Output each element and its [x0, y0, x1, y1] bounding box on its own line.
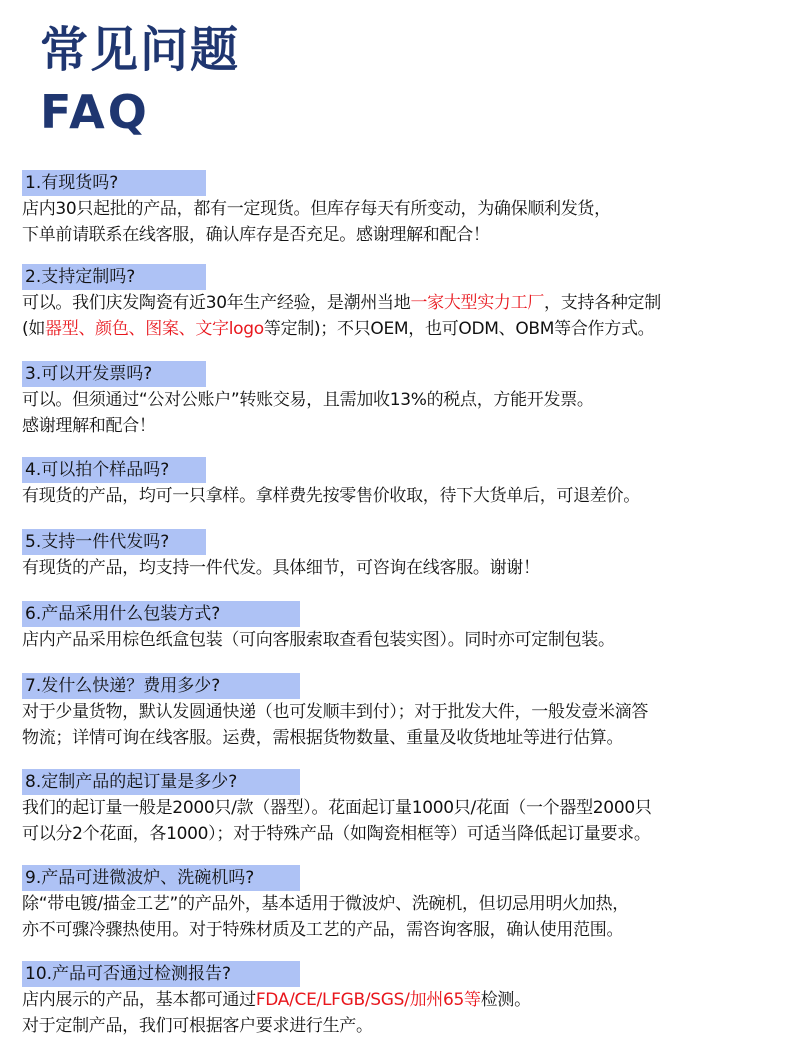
faq-answer-line: 可以分2个花面，各1000）；对于特殊产品（如陶瓷相框等）可适当降低起订量要求。	[22, 821, 792, 847]
answer-emphasis: 器型、颜色、图案、文字logo	[45, 319, 264, 339]
faq-answer-line: 有现货的产品，均支持一件代发。具体细节，可咨询在线客服。谢谢！	[22, 555, 792, 581]
faq-item-5: 5.支持一件代发吗? 有现货的产品，均支持一件代发。具体细节，可咨询在线客服。谢…	[22, 529, 792, 581]
faq-item-9: 9.产品可进微波炉、洗碗机吗? 除“带电镀/描金工艺”的产品外，基本适用于微波炉…	[22, 865, 792, 943]
faq-answer-line: 店内产品采用棕色纸盒包装（可向客服索取查看包装实图）。同时亦可定制包装。	[22, 627, 792, 653]
faq-question: 4.可以拍个样品吗?	[22, 457, 206, 483]
faq-answer-line: 对于定制产品，我们可根据客户要求进行生产。	[22, 1013, 792, 1039]
faq-question: 5.支持一件代发吗?	[22, 529, 206, 555]
faq-question: 7.发什么快递？费用多少?	[22, 673, 300, 699]
faq-answer-line: 物流；详情可询在线客服。运费，需根据货物数量、重量及收货地址等进行估算。	[22, 725, 792, 751]
faq-question: 10.产品可否通过检测报告?	[22, 961, 300, 987]
faq-item-1: 1.有现货吗? 店内30只起批的产品，都有一定现货。但库存每天有所变动，为确保顺…	[22, 170, 792, 248]
faq-item-3: 3.可以开发票吗? 可以。但须通过“公对公账户”转账交易，且需加收13%的税点，…	[22, 361, 792, 439]
answer-text: ，支持各种定制	[544, 293, 661, 313]
page-header: 常见问题 FAQ	[40, 22, 240, 140]
page-title-english: FAQ	[40, 84, 240, 140]
faq-question: 8.定制产品的起订量是多少?	[22, 769, 300, 795]
faq-question: 6.产品采用什么包装方式?	[22, 601, 300, 627]
answer-emphasis: 一家大型实力工厂	[410, 293, 544, 313]
faq-answer-line: 可以。我们庆发陶瓷有近30年生产经验，是潮州当地一家大型实力工厂，支持各种定制	[22, 290, 792, 316]
faq-answer-line: 对于少量货物，默认发圆通快递（也可发顺丰到付）；对于批发大件，一般发壹米滴答	[22, 699, 792, 725]
answer-emphasis: FDA/CE/LFGB/SGS/加州65等	[256, 990, 481, 1010]
faq-answer-line: 感谢理解和配合！	[22, 413, 792, 439]
faq-answer-line: 有现货的产品，均可一只拿样。拿样费先按零售价收取，待下大货单后，可退差价。	[22, 483, 792, 509]
faq-answer-line: 下单前请联系在线客服，确认库存是否充足。感谢理解和配合！	[22, 222, 792, 248]
answer-text: (如	[22, 319, 45, 339]
answer-text: 店内展示的产品，基本都可通过	[22, 990, 256, 1010]
faq-answer-line: 亦不可骤冷骤热使用。对于特殊材质及工艺的产品，需咨询客服，确认使用范围。	[22, 917, 792, 943]
answer-text: 等定制)；不只OEM，也可ODM、OBM等合作方式。	[264, 319, 654, 339]
faq-answer-line: 店内展示的产品，基本都可通过FDA/CE/LFGB/SGS/加州65等检测。	[22, 987, 792, 1013]
faq-question: 9.产品可进微波炉、洗碗机吗?	[22, 865, 300, 891]
faq-answer-line: 可以。但须通过“公对公账户”转账交易，且需加收13%的税点，方能开发票。	[22, 387, 792, 413]
answer-text: 可以。我们庆发陶瓷有近30年生产经验，是潮州当地	[22, 293, 410, 313]
faq-answer-line: 店内30只起批的产品，都有一定现货。但库存每天有所变动，为确保顺利发货，	[22, 196, 792, 222]
faq-item-2: 2.支持定制吗? 可以。我们庆发陶瓷有近30年生产经验，是潮州当地一家大型实力工…	[22, 264, 792, 342]
faq-answer-line: 除“带电镀/描金工艺”的产品外，基本适用于微波炉、洗碗机，但切忌用明火加热，	[22, 891, 792, 917]
faq-question: 2.支持定制吗?	[22, 264, 206, 290]
faq-answer-line: (如器型、颜色、图案、文字logo等定制)；不只OEM，也可ODM、OBM等合作…	[22, 316, 792, 342]
faq-item-6: 6.产品采用什么包装方式? 店内产品采用棕色纸盒包装（可向客服索取查看包装实图）…	[22, 601, 792, 653]
answer-text: 检测。	[481, 990, 531, 1010]
faq-question: 3.可以开发票吗?	[22, 361, 206, 387]
faq-item-7: 7.发什么快递？费用多少? 对于少量货物，默认发圆通快递（也可发顺丰到付）；对于…	[22, 673, 792, 751]
faq-item-4: 4.可以拍个样品吗? 有现货的产品，均可一只拿样。拿样费先按零售价收取，待下大货…	[22, 457, 792, 509]
faq-item-8: 8.定制产品的起订量是多少? 我们的起订量一般是2000只/款（器型）。花面起订…	[22, 769, 792, 847]
faq-answer-line: 我们的起订量一般是2000只/款（器型）。花面起订量1000只/花面（一个器型2…	[22, 795, 792, 821]
page-title-chinese: 常见问题	[40, 22, 240, 78]
faq-item-10: 10.产品可否通过检测报告? 店内展示的产品，基本都可通过FDA/CE/LFGB…	[22, 961, 792, 1039]
faq-question: 1.有现货吗?	[22, 170, 206, 196]
